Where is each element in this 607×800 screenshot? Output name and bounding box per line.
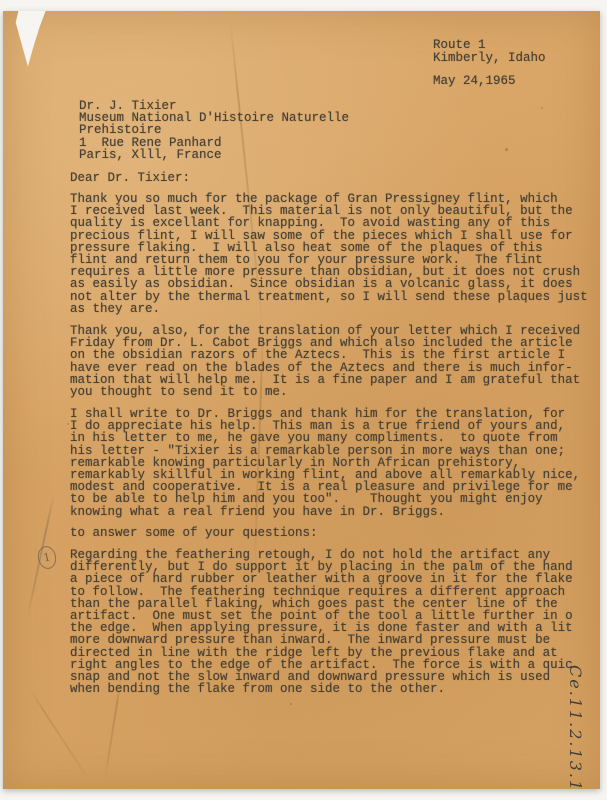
text-line: as easily as obsidian. Since obsidian is… [70, 278, 588, 290]
text-line: have ever read on the blades of the Azte… [70, 362, 580, 374]
text-line: to follow. The feathering technique requ… [70, 586, 573, 598]
text-line: precious flint, I will saw some of the p… [70, 230, 588, 242]
text-line: quality is excellant for knapping. To av… [70, 217, 588, 229]
text-line: you thought to send it to me. [70, 386, 580, 398]
questions-intro-line: to answer some of your questions: [70, 527, 318, 539]
paper-crease [28, 687, 91, 782]
paper-speck [290, 703, 292, 705]
torn-corner [15, 11, 49, 69]
paragraph-translation: Thank you, also, for the translation of … [70, 325, 580, 398]
salutation: Dear Dr. Tixier: [70, 172, 190, 184]
text-line: his letter - "Tixier is a remarkable per… [70, 445, 580, 457]
margin-number: 1 [42, 550, 52, 564]
text-line: knowing what a real friend you have in D… [70, 506, 580, 518]
handwritten-circled-number: 1 [36, 544, 58, 570]
text-line: not alter by the thermal treatment, so I… [70, 291, 588, 303]
text-line: Kimberly, Idaho [433, 52, 546, 65]
text-line: a piece of hard rubber or leather with a… [70, 573, 573, 585]
paper-speck [541, 107, 543, 109]
text-line: in his letter to me, he gave you many co… [70, 432, 580, 444]
handwritten-catalog-number: Ce.11.2.13.1 [565, 665, 585, 793]
text-line: 1 Rue Rene Panhard [79, 137, 349, 149]
letter-date: May 24,1965 [433, 75, 516, 87]
paragraph-flint-package: Thank you so much for the package of Gra… [70, 193, 588, 315]
letter-page: Route 1Kimberly, Idaho May 24,1965 Dr. J… [3, 11, 600, 789]
text-line: more downward pressure than inward. The … [70, 634, 573, 646]
text-line: Prehistoire [79, 124, 349, 136]
recipient-address: Dr. J. TixierMuseum National D'Histoire … [79, 100, 349, 161]
paragraph-briggs: I shall write to Dr. Briggs and thank hi… [70, 408, 580, 518]
paper-speck [505, 148, 508, 151]
text-line: to be able to help him and you too". Tho… [70, 493, 580, 505]
text-line: on the obsidian razors of the Aztecs. Th… [70, 349, 580, 361]
text-line: Paris, Xlll, France [79, 149, 349, 161]
text-line: when bending the flake from one side to … [70, 683, 573, 695]
scan-background: Route 1Kimberly, Idaho May 24,1965 Dr. J… [0, 0, 607, 800]
paper-speck [67, 423, 69, 425]
paragraph-feathering-answer: Regarding the feathering retough, I do n… [70, 549, 573, 695]
text-line: directed in line with the ridge left by … [70, 647, 573, 659]
text-line: as they are. [70, 303, 588, 315]
sender-address: Route 1Kimberly, Idaho [433, 39, 546, 65]
